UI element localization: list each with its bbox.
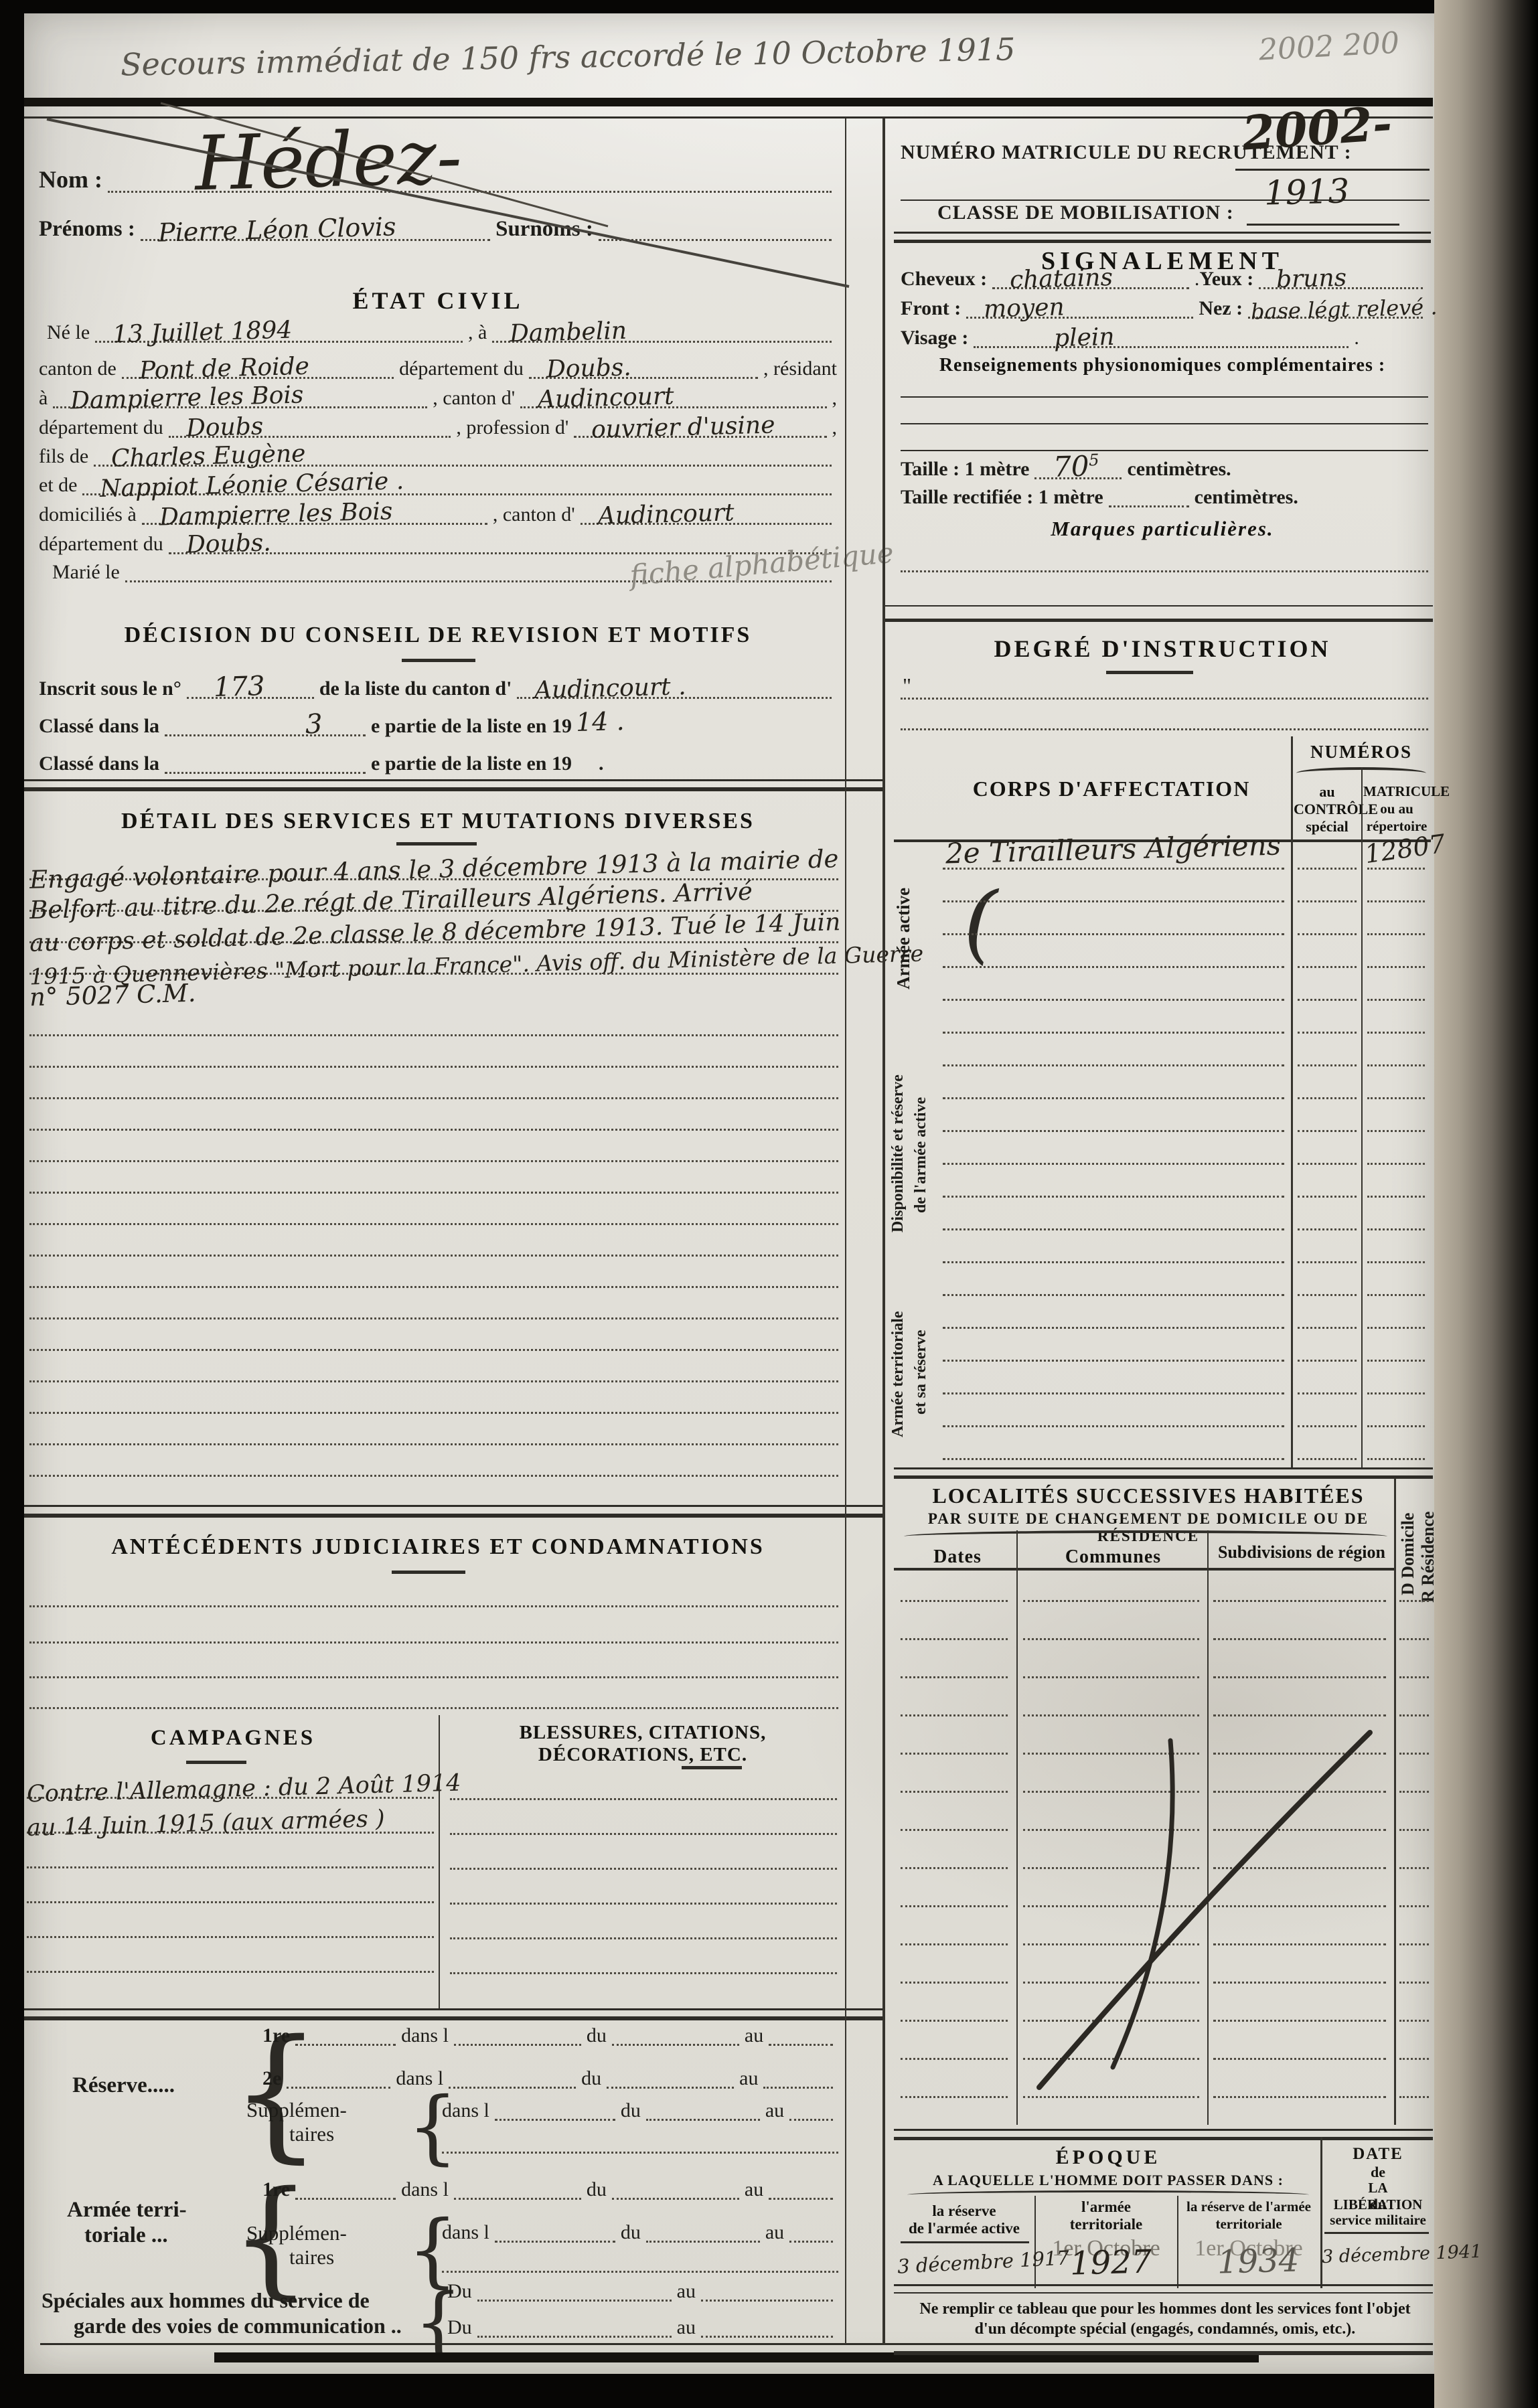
ruled-line (29, 1676, 838, 1678)
antecedents-title: ANTÉCÉDENTS JUDICIAIRES ET CONDAMNATIONS (39, 1534, 837, 1560)
speciales-label-2: garde des voies de communication .. (74, 2315, 402, 2338)
ruled-line (29, 1443, 838, 1445)
epoque-col4-header-5: service militaire (1324, 2212, 1432, 2229)
corps-row-line (943, 1163, 1284, 1165)
classe2-row: Classé dans la e partie de la liste en 1… (39, 744, 837, 774)
localites-row-line (1399, 1676, 1429, 1678)
nom-line: Hédez- (108, 187, 832, 193)
epoque-col2-header-1: l'armée (1039, 2198, 1173, 2216)
corps-row-line (1367, 1294, 1425, 1296)
rule (894, 1467, 1433, 1469)
service-line: Engagé volontaire pour 4 ans le 3 décemb… (29, 848, 838, 880)
localites-row-line (1213, 1829, 1386, 1831)
surnoms-label: Surnoms : (495, 218, 593, 241)
epoque-footnote-2: d'un décompte spécial (engagés, condamné… (897, 2320, 1433, 2338)
blank-line (477, 2332, 672, 2338)
corps-row-line (1367, 933, 1425, 935)
fils-label: fils de (39, 446, 88, 467)
inscrit-line: 173 (187, 694, 314, 699)
residence-row: à Dampierre les Bois , canton d' Audinco… (39, 379, 837, 408)
blank-rule (901, 450, 1428, 451)
campagne-line: au 14 Juin 1915 (aux armées ) (27, 1802, 434, 1834)
corps-row-line (943, 1196, 1284, 1198)
taille-rect-line (1109, 502, 1189, 507)
dans-label: dans l (442, 2222, 489, 2243)
prenoms-line: Pierre Léon Clovis (141, 236, 490, 241)
corps-row-line (1367, 900, 1425, 902)
ne-a-line: Dambelin (492, 337, 832, 343)
rule (894, 232, 1431, 234)
inscrit-row: Inscrit sous le n° 173 de la liste du ca… (39, 669, 837, 699)
blank-line (607, 2083, 734, 2089)
ne-a-label: , à (468, 322, 487, 343)
rule (894, 2343, 1433, 2345)
classe1-year: 14 . (575, 706, 625, 737)
taille-suffix: centimètres. (1127, 459, 1231, 480)
blessures-title: BLESSURES, CITATIONS, DÉCORATIONS, ETC. (447, 1722, 838, 1766)
localites-row-line (1213, 1982, 1386, 1984)
marques-label: Marques particulières. (894, 517, 1431, 541)
dom-canton-label: , canton d' (493, 504, 575, 526)
localites-header-rule (894, 1568, 1395, 1571)
column-divider-thin (845, 118, 846, 2344)
inscrit-canton-value: Audincourt . (534, 673, 687, 704)
ruled-line (29, 1412, 838, 1414)
mere-row: et de Nappiot Léonie Césarie . (39, 466, 837, 495)
corps-row-line (1298, 1392, 1357, 1394)
campagnes-title-rule (186, 1761, 246, 1764)
blank-line (477, 2296, 672, 2302)
blank-line (454, 2194, 581, 2200)
res-canton-label: , canton d' (433, 388, 515, 409)
blank-line (763, 2083, 833, 2089)
armee-territoriale-label-2: toriale ... (84, 2224, 168, 2247)
corps-row-line (943, 1458, 1284, 1460)
localites-row-line (1213, 1676, 1386, 1678)
localites-row-line (1023, 1905, 1199, 1907)
supplementaires-label-1: Supplémen- (246, 2099, 347, 2121)
corps-row-line (1298, 933, 1357, 935)
corps-row-line (1367, 1425, 1425, 1427)
speciales-label-1: Spéciales aux hommes du service de (42, 2290, 370, 2312)
taille-rect-suffix: centimètres. (1195, 487, 1298, 508)
corps-row-line (943, 1261, 1284, 1263)
corps-row-line (1298, 1360, 1357, 1362)
localites-brace (904, 1530, 1387, 1542)
localites-row-line (1213, 1638, 1386, 1640)
ruled-line (29, 1066, 838, 1068)
localites-row-line (901, 1753, 1008, 1755)
classe1-row: Classé dans la 3 e partie de la liste en… (39, 707, 837, 736)
group-disponibilite-2: de l'armée active (912, 1054, 930, 1255)
inscrit-mid-label: de la liste du canton d' (319, 678, 512, 700)
ruled-line (29, 1223, 838, 1225)
rule (901, 199, 1430, 201)
corps-row-line (1367, 1228, 1425, 1230)
localites-row-line (1213, 1867, 1386, 1869)
blank-line (646, 2237, 760, 2243)
nom-label: Nom : (39, 167, 102, 193)
localites-row-line (901, 1905, 1008, 1907)
services-title-rule (396, 842, 477, 846)
corps-row-line (1367, 1360, 1425, 1362)
dom-canton-line: Audincourt (581, 519, 832, 525)
ruled-line (27, 1971, 434, 1973)
prenoms-row: Prénoms : Pierre Léon Clovis Surnoms : (39, 212, 837, 241)
numero-underline (1235, 169, 1430, 171)
corps-row-line (943, 1392, 1284, 1394)
ditto-mark: " (903, 675, 911, 698)
services-title: DÉTAIL DES SERVICES ET MUTATIONS DIVERSE… (39, 809, 837, 834)
epoque-title: ÉPOQUE (901, 2146, 1316, 2169)
front-value: moyen (984, 293, 1065, 323)
localites-row-line (1399, 2020, 1429, 2022)
corps-row-line (943, 1097, 1284, 1099)
rule (894, 2292, 1433, 2294)
rule-thick (894, 240, 1431, 243)
localites-row-line (1399, 2058, 1429, 2060)
marie-label: Marié le (52, 562, 120, 583)
au-label: au (745, 2025, 763, 2046)
epoque-col3-header-2: territoriale (1182, 2216, 1316, 2233)
cheveux-line: chatains (992, 284, 1189, 289)
localites-row-line (1023, 1791, 1199, 1793)
ruled-line (442, 2152, 838, 2154)
service-line: Belfort au titre du 2e régt de Tirailleu… (29, 879, 838, 912)
taille-line: 705 (1034, 474, 1122, 479)
localites-row-line (1213, 1600, 1386, 1602)
corps-row-line (1298, 1458, 1357, 1460)
localites-row-line (1213, 1753, 1386, 1755)
localites-row-line (1213, 2020, 1386, 2022)
service-line: n° 5027 C.M. (29, 973, 838, 1004)
corps-row-line (1298, 966, 1357, 968)
header-rule-thick (24, 98, 1433, 106)
taille-value: 705 (1053, 449, 1100, 483)
service-line: au corps et soldat de 2e classe le 8 déc… (29, 910, 838, 943)
section-rule-thick (24, 1514, 884, 1518)
column-divider (882, 118, 885, 2344)
localites-row-line (1399, 1905, 1429, 1907)
au-label: au (739, 2068, 758, 2089)
ruled-line (901, 570, 1428, 572)
du-label: du (621, 2100, 641, 2121)
book-binding (1434, 0, 1538, 2408)
corps-row-line (1367, 1032, 1425, 1034)
dept-line: Doubs. (529, 374, 758, 379)
corps-row-line (1367, 1196, 1425, 1198)
blank-rule (901, 396, 1428, 398)
ruled-line (442, 2271, 838, 2273)
localites-row-line (1399, 1714, 1429, 1716)
corps-row-line (1298, 999, 1357, 1001)
corps-row-line (943, 900, 1284, 902)
r2-label: 2e (262, 2068, 281, 2089)
classe-underline (1247, 224, 1399, 226)
corps-row-line (1367, 999, 1425, 1001)
ruled-line (450, 1903, 837, 1905)
campagne-line: Contre l'Allemagne : du 2 Août 1914 (27, 1767, 434, 1799)
epoque-col1-header-2: de l'armée active (897, 2220, 1031, 2237)
corps-row-line (943, 1228, 1284, 1230)
corps-row-line (1298, 1425, 1357, 1427)
r1-label: 1re (262, 2179, 290, 2200)
nom-row: Nom : Hédez- (39, 159, 837, 193)
localites-row-line (1023, 2020, 1199, 2022)
visage-label: Visage : (901, 327, 968, 349)
rule (894, 2284, 1433, 2286)
localites-row-line (1213, 2096, 1386, 2098)
ne-le-row: Né le 13 Juillet 1894 , à Dambelin (47, 313, 837, 343)
supplementaires-label-2: taires (289, 2123, 334, 2146)
au-label: au (677, 2317, 696, 2338)
taille-sup: 5 (1089, 451, 1099, 469)
localites-row-line (1023, 1638, 1199, 1640)
mere-line: Nappiot Léonie Césarie . (82, 490, 832, 495)
du-label: du (587, 2179, 607, 2200)
localites-row-line (1023, 1867, 1199, 1869)
nom-value: Hédez- (194, 114, 463, 208)
ruled-line (29, 1097, 838, 1099)
ruled-line (27, 1936, 434, 1938)
corps-col-divider (1291, 736, 1293, 1467)
side-domicile-label: D Domicile (1398, 1483, 1418, 1624)
rule (885, 605, 1433, 607)
localites-row-line (1399, 1829, 1429, 1831)
localites-row-line (1213, 1943, 1386, 1945)
ruled-line (29, 1707, 838, 1709)
epoque-col1-header-1: la réserve (897, 2202, 1031, 2220)
rule-thick (894, 1475, 1433, 1479)
localites-row-line (901, 1829, 1008, 1831)
col-header-dates: Dates (901, 1546, 1014, 1568)
blank-line (701, 2296, 833, 2302)
classe2-mid-label: e partie de la liste en 19 (371, 753, 572, 775)
corps-row-line (1367, 1392, 1425, 1394)
reserve-1re-row: 1re dans l du au (262, 2019, 838, 2046)
ruled-line (450, 1833, 837, 1835)
blank-line (612, 2040, 739, 2046)
du-label: du (581, 2068, 601, 2089)
classe2-label: Classé dans la (39, 753, 159, 775)
col-header-communes: Communes (1021, 1546, 1205, 1568)
epoque-col1-rule (901, 2241, 1029, 2243)
blessures-title-rule (682, 1766, 742, 1769)
reserve-label: Réserve..... (72, 2074, 175, 2097)
front-line: moyen (966, 313, 1193, 319)
group-territoriale-2: et sa réserve (912, 1292, 930, 1453)
section-rule (24, 2008, 884, 2010)
corps-row-line (1367, 966, 1425, 968)
ruled-line (450, 1937, 837, 1939)
corps-row-line (943, 1130, 1284, 1132)
corps-affectation-title: CORPS D'AFFECTATION (937, 777, 1286, 801)
degre-title-rule (1106, 671, 1193, 674)
localites-row-line (1023, 2058, 1199, 2060)
renseignements-label: Renseignements physionomiques complément… (894, 355, 1431, 376)
decision-title: DÉCISION DU CONSEIL DE REVISION ET MOTIF… (39, 623, 837, 648)
supplementaires-label-2: taires (289, 2247, 334, 2269)
corps-row-line (1367, 1327, 1425, 1329)
du-label: du (587, 2025, 607, 2046)
cheveux-row: Cheveux : chatains . Yeux : bruns (901, 261, 1428, 289)
localites-row-line (1399, 1982, 1429, 1984)
localites-row-line (1213, 1791, 1386, 1793)
surnoms-line (599, 236, 832, 241)
fils-row: fils de Charles Eugène (39, 437, 837, 467)
ruled-line (450, 1868, 837, 1870)
corps-row-line (1367, 1458, 1425, 1460)
localites-row-line (1399, 1638, 1429, 1640)
dot: . (1354, 327, 1359, 349)
taille-row: Taille : 1 mètre 705 centimètres. (901, 453, 1329, 479)
blank-line (769, 2040, 833, 2046)
visage-value: plein (1054, 323, 1116, 352)
corps-row-line (943, 1064, 1284, 1066)
territoriale-suppl-row: dans l du au (442, 2216, 838, 2243)
ruled-line (29, 1475, 838, 1477)
corps-row-line (1367, 1261, 1425, 1263)
ruled-line (29, 1034, 838, 1036)
localites-row-line (1023, 1600, 1199, 1602)
dept3-label: département du (39, 534, 163, 555)
corps-row-line (1298, 1327, 1357, 1329)
ruled-line (29, 1255, 838, 1257)
epoque-value-territoriale: 1927 (1069, 2243, 1152, 2282)
localites-row-line (1399, 1753, 1429, 1755)
numero-matricule-value: 2002- (1240, 95, 1393, 161)
epoque-footnote-1: Ne remplir ce tableau que pour les homme… (897, 2300, 1433, 2318)
residant-label: , résidant (763, 358, 837, 380)
blank-line (612, 2194, 739, 2200)
rule-thick (894, 2137, 1433, 2140)
blank-line (449, 2083, 576, 2089)
blank-line (495, 2115, 615, 2121)
localites-row-line (1399, 1600, 1429, 1602)
sp-du-label: Du (447, 2281, 472, 2302)
controle-header-3: spécial (1294, 818, 1361, 835)
blank-line (495, 2237, 615, 2243)
canton-line: Pont de Roide (122, 374, 394, 379)
mere-label: et de (39, 475, 77, 496)
corps-row-line (1298, 1032, 1357, 1034)
corps-row-line (1298, 1130, 1357, 1132)
classe1-mid-label: e partie de la liste en 19 (371, 716, 572, 737)
dept-profession-row: département du Doubs , profession d' ouv… (39, 408, 837, 438)
res-canton-line: Audincourt (520, 403, 826, 408)
classe2-line (165, 769, 366, 774)
epoque-col2-header-2: territoriale (1039, 2216, 1173, 2233)
ruled-line (901, 728, 1428, 730)
blank-line (295, 2040, 396, 2046)
au-label: au (745, 2179, 763, 2200)
corps-row-line (1367, 868, 1425, 870)
localites-row-line (1213, 1714, 1386, 1716)
dans-label: dans l (401, 2179, 449, 2200)
blank-line (454, 2040, 581, 2046)
decision-title-rule (402, 659, 475, 662)
section-rule (24, 779, 884, 781)
visage-line: plein (974, 343, 1349, 348)
armee-territoriale-label-1: Armée terri- (67, 2198, 187, 2222)
campagnes-title: CAMPAGNES (39, 1726, 427, 1751)
taille-rectifiee-row: Taille rectifiée : 1 mètre centimètres. (901, 481, 1369, 507)
localites-row-line (901, 1638, 1008, 1640)
corps-row-line (943, 966, 1284, 968)
localites-row-line (1023, 1753, 1199, 1755)
classe2-end: . (599, 753, 604, 775)
ruled-line (29, 1286, 838, 1288)
corps-row-line (1367, 1130, 1425, 1132)
blank-line (701, 2332, 833, 2338)
localites-row-line (1213, 2058, 1386, 2060)
ruled-line (29, 1317, 838, 1319)
rule-thick (885, 619, 1433, 622)
blank-line (789, 2115, 833, 2121)
ruled-line (29, 1129, 838, 1131)
service-text: n° 5027 C.M. (29, 979, 196, 1012)
localites-row-line (901, 1791, 1008, 1793)
corps-row-line (1298, 1196, 1357, 1198)
ruled-line (29, 1160, 838, 1162)
epoque-col4-header-2: de (1324, 2164, 1432, 2181)
dept2-label: département du (39, 417, 163, 438)
localites-row-line (1023, 1676, 1199, 1678)
epoque-col3-header-1: la réserve de l'armée (1182, 2198, 1316, 2215)
corps-row-line (1298, 1097, 1357, 1099)
localites-row-line (1399, 1867, 1429, 1869)
speciales-du-row: Du au (447, 2311, 838, 2338)
localites-col-divider (1016, 1530, 1018, 2125)
ruled-line (29, 1641, 838, 1643)
header-rule-thin (24, 116, 1433, 118)
ruled-line (450, 1972, 837, 1974)
section-rule-thick (24, 787, 884, 791)
ne-a-value: Dambelin (510, 317, 627, 348)
ruled-line (29, 1192, 838, 1194)
inscrit-canton-line: Audincourt . (517, 694, 832, 699)
localites-row-line (901, 1676, 1008, 1678)
blank-line (287, 2083, 390, 2089)
ruled-line (29, 1349, 838, 1351)
localites-row-line (1023, 1829, 1199, 1831)
corps-row-line (943, 1294, 1284, 1296)
dom-label: domiciliés à (39, 504, 137, 526)
matricule-header-2: ou au (1363, 801, 1430, 817)
ruled-line (27, 1866, 434, 1868)
localites-row-line (1213, 1905, 1386, 1907)
classe1-value: 3 (305, 709, 323, 740)
epoque-col-divider (1177, 2196, 1178, 2288)
controle-header-1: au (1294, 783, 1361, 801)
corps-row-line (943, 1360, 1284, 1362)
ne-label: Né le (47, 322, 90, 343)
prenoms-label: Prénoms : (39, 218, 135, 241)
blank-line (646, 2115, 760, 2121)
corps-row-line (1298, 1163, 1357, 1165)
dot: . (1195, 268, 1200, 290)
classe-mobilisation-label: CLASSE DE MOBILISATION : (937, 202, 1234, 224)
corps-row-line (1298, 900, 1357, 902)
nez-label: Nez : (1199, 298, 1243, 319)
epoque-col4-header-4: du (1324, 2196, 1432, 2213)
epoque-value-reserve-territoriale: 1934 (1217, 2241, 1300, 2281)
col-header-subdivisions: Subdivisions de région (1211, 1542, 1393, 1562)
sp-du-label: Du (447, 2317, 472, 2338)
front-label: Front : (901, 298, 961, 319)
localites-row-line (901, 2058, 1008, 2060)
front-row: Front : moyen Nez : base légt relevé . (901, 291, 1428, 319)
